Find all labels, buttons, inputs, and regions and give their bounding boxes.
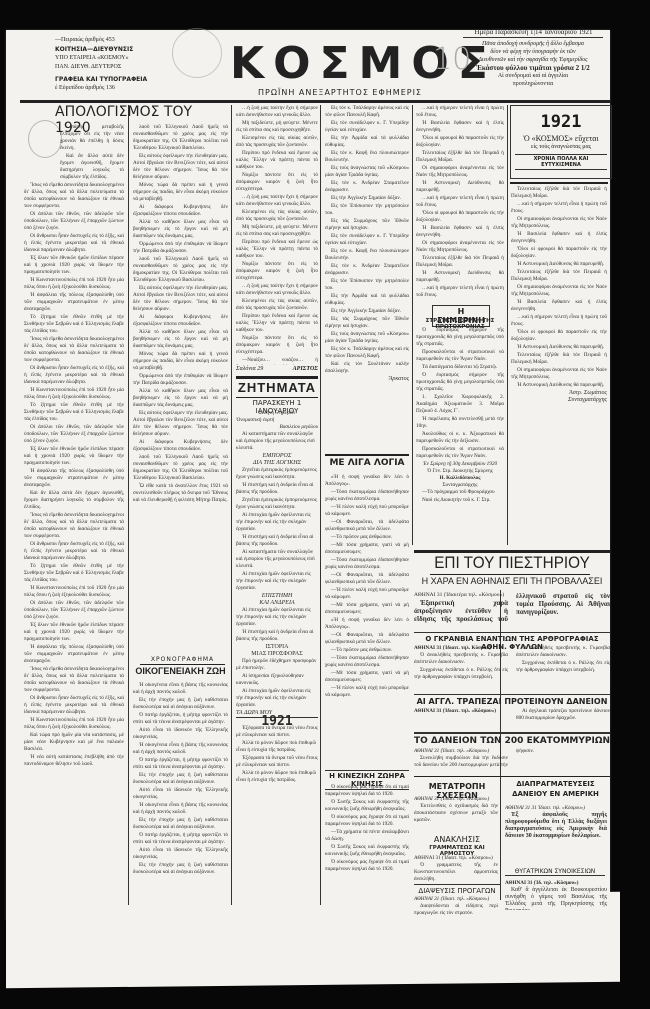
paragraph: Ἡ Βασιλεία ἔφθασεν καὶ ἡ ἐλπὶς ἀνεγεννήθ… bbox=[511, 299, 607, 313]
paragraph: —Τόσα ἐκατομμύρια ἐδαπανήθησαν χωρὶς καν… bbox=[325, 557, 409, 571]
paragraph: Τὰ διατάγματα δίδονται τῷ Στρατῷ. bbox=[416, 364, 504, 371]
dateline: ΑΘΗΝΑΙ 31 (Ἰδιαιτέρα τηλ. «Κόσμου») bbox=[414, 592, 508, 599]
paragraph: Συγχρόνως ἐκτίθεται ὁ κ. Ράλλης ὅτι εἰς … bbox=[414, 667, 508, 681]
paragraph: Καὶ εἰς τὸν Σουλτάνον καλὴν ἀπαλλαγήν. bbox=[325, 361, 409, 375]
paragraph: Οἱ ἄνθρωποι ἦσαν δυστυχεῖς εἰς τὸ ἑξῆς, … bbox=[24, 541, 124, 562]
paragraph: Αἱ καταστήματα τῶν συναλλαγῶν καὶ ἐμπορί… bbox=[236, 549, 318, 570]
paragraph: Ἡ ἀσφάλεια τῆς πόλεως ἐξασφαλίσθη ὑπὸ τῶ… bbox=[24, 644, 124, 665]
paragraph: Αἱ ἐπιτυχίαι ἡμῶν ὀφείλονται εἰς τὴν ἐπι… bbox=[236, 607, 318, 628]
byline-signature: ΑΡΙΣΤΟΣ bbox=[293, 366, 318, 372]
paragraph: Ἀλλὰ τὸ καθῆκον ὅλων μας εἶναι νὰ βοηθήσ… bbox=[133, 329, 228, 350]
dateline: ΑΘΗΝΑΙ 31 (Ἰδιαιτ. τηλ. «Κόσμου») bbox=[414, 855, 498, 862]
rule bbox=[140, 664, 225, 665]
paragraph: Εἰς τοὺς ἀναγνώστας τοῦ «Κόσμου» μίαν ἀγ… bbox=[325, 331, 409, 345]
paragraph: Οἱ σημαιοφόροι ἀναμένονται εἰς τὸν Ναὸν … bbox=[511, 216, 607, 230]
paragraph: Ἐξέφρασα τὰ ὄνειρα τοῦ νέου ἔτους μὲ εἰλ… bbox=[236, 755, 318, 769]
byline-signature: Ἀστρ. Σωμάτιος bbox=[511, 390, 607, 397]
article-body: Ἡ οἰκογένεια εἶναι ἡ βάσις τῆς κοινωνίας… bbox=[133, 682, 228, 904]
paragraph: Ἡ Κωνσταντινούπολις ἐπὶ τοῦ 1920 ἦτο μία… bbox=[24, 387, 124, 401]
paragraph: Ὁ πατὴρ ἐργάζεται, ἡ μήτηρ φροντίζει τὸ … bbox=[133, 712, 228, 726]
dateline: ΑΘΗΝΑΙ 31 (Ἰδιαιτ. τηλ. Κόσμου) bbox=[414, 645, 508, 652]
column-divider bbox=[320, 105, 321, 905]
article-headline: ΔΙΑΨΕΥΣΙΣ ΠΡΟΓΑΓΩΝ bbox=[414, 884, 500, 895]
newspaper-subtitle: ΠΡΩΪΝΗ ΑΝΕΞΑΡΤΗΤΟΣ ΕΦΗΜΕΡΙΣ bbox=[230, 88, 450, 97]
paragraph: Αὐτὸ εἶναι τὸ ἰδανικὸν τῆς Ἑλληνικῆς οἰκ… bbox=[133, 787, 228, 801]
dateline: ΑΘΗΝΑΙ 31 31 Ἰδιαιτ. τηλ. «Κόσμου») bbox=[505, 805, 607, 812]
paragraph: —Οἱ Φαναριῶται, τὰ ἀδελφάτα φιλανθρωπικὰ… bbox=[325, 632, 409, 646]
article-headline: ΔΙΑΠΡΑΓΜΑΤΕΥΣΕΙΣ bbox=[503, 780, 608, 788]
paragraph: Τελευταίως ἐξῆλθε διὰ τὸν Πειραιᾶ ἡ Πολε… bbox=[416, 255, 504, 269]
paragraph: Ἡ Βασιλεία ἔφθασεν καὶ ἡ ἐλπὶς ἀνεγεννήθ… bbox=[511, 231, 607, 245]
paragraph: Ὁ πατὴρ ἐργάζεται, ἡ μήτηρ φροντίζει τὸ … bbox=[133, 757, 228, 771]
address-line: —Πειραιώς ἀριθμὸς 453 bbox=[55, 36, 185, 45]
paragraph: Αἱ ἐπιτυχίαι ἡμῶν ὀφείλονται εἰς τὴν ἐπι… bbox=[236, 688, 318, 709]
section-kicker: ΧΡΟΝΟΓΡΑΦΗΜΑ bbox=[140, 656, 225, 663]
dateline: ΑΘΗΝΑΙ 31 (Ἰδιαιτ. τηλ. «Κόσμου») bbox=[414, 796, 498, 803]
paragraph: —Οἱ Φαναριῶται, τὰ ἀδελφάτα φιλανθρωπικὰ… bbox=[325, 519, 409, 533]
paragraph: Τελευταίως ἐξῆλθε διὰ τὸν Πειραιᾶ ἡ Πολε… bbox=[416, 150, 504, 164]
column-divider bbox=[231, 105, 232, 905]
paragraph: Οἱ σημαιοφόροι ἀναμένονται εἰς τὸν Ναὸν … bbox=[511, 284, 607, 298]
year-heading: 1921 bbox=[236, 718, 318, 725]
masthead-left-info: —Πειραιώς ἀριθμὸς 453 ΚΟΙΤΗΣΙΑ—ΔΙΕΥΘΥΝΣΙ… bbox=[55, 36, 185, 93]
article-body: …πάσης μεταβολῆς ἐλπίζομεν ὅτι εἰς τὴν ν… bbox=[24, 124, 124, 904]
paragraph: Ὅλοι οἱ φρουροὶ θὰ παραστοῦν εἰς τὴν δοξ… bbox=[416, 135, 504, 149]
paragraph: Ἡ ἐπιστήμη καὶ ἡ ἀνδρεία εἶναι αἱ βάσεις… bbox=[236, 629, 318, 643]
article-body: Εἰς τὸν κ. Τσάλδαρην ἀμέσως καὶ εἰς τὸν … bbox=[325, 105, 409, 480]
paragraph: Ἐξ ὅλων τῶν ἐθνικῶν ἡμῶν ἐλπίδων πέρασε … bbox=[24, 255, 124, 276]
article-body: Τελευταίως ἐξῆλθε διὰ τὸν Πειραιᾶ ἡ Πολε… bbox=[511, 186, 607, 546]
paragraph: Κλεισμένοι εἰς τὰς οἰκίας αὐτῶν, ἀπὸ τὰς… bbox=[236, 209, 318, 223]
section-headline: ΖΗΤΗΜΑΤΑ bbox=[236, 380, 318, 395]
paragraph: —Οἱ Φαναριῶται, τὰ ἀδελφάτα φιλανθρωπικὰ… bbox=[325, 572, 409, 586]
paragraph: Οἱ σημαιοφόροι ἀναμένονται εἰς τὸν Ναὸν … bbox=[416, 240, 504, 254]
paragraph: …καὶ ἡ σήμερον τελετὴ εἶναι ἡ πρώτη τοῦ … bbox=[511, 201, 607, 215]
paragraph: Ἐξ ὅλων τῶν ἐθνικῶν ἡμῶν ἐλπίδων πέρασε … bbox=[24, 622, 124, 643]
paragraph: —Μὲ τόσα χρήματα, γιατί νὰ μὴ ἀποταμιεύσ… bbox=[325, 602, 409, 616]
paragraph: Εἰς αὐτοὺς ὀφείλομεν τὴν ἐλευθερίαν μας.… bbox=[133, 153, 228, 181]
paragraph: Εἰς τὸν κ. Ἀνδρέαν Σταματέλον ἀνάρρωσιν. bbox=[325, 263, 409, 277]
paragraph: —Ἡ πλέον καλὴ εὐχὴ ποὺ μποροῦμε νὰ κάμωμ… bbox=[325, 685, 409, 699]
text-line: Ὁ Γεν. Στρ. Διοικητὴς Σμύρνης bbox=[416, 468, 504, 475]
paragraph: Ἐξ ἀσφαλοῦς πηγῆς πληροφορούμεθα ὅτι ἡ Ἑ… bbox=[505, 812, 607, 840]
paragraph: Εἰς τὴν Ἀρμίδα καὶ τὰ φυλλάδια εὐθυμίας. bbox=[325, 135, 409, 149]
masthead-rule bbox=[20, 100, 610, 103]
info-line: Αἱ συνδρομαὶ καὶ αἱ ἀγγελίαι bbox=[463, 72, 603, 80]
paragraph: Εἰς τὰς Συμμάχους τῶν Ἐθνῶν εἰρήνην καὶ … bbox=[325, 218, 409, 232]
dateline: ΑΘΗΝΑΙ 31 (Ἰδιαιτ. τηλ. «Κόσμου») bbox=[414, 896, 498, 903]
info-line: ΚΟΙΤΗΣΙΑ—ΔΙΕΥΘΥΝΣΙΣ bbox=[55, 45, 185, 54]
paragraph: Ἡ Αστυνομικὴ Διεύθυνσις θὰ παρευρεθῇ. bbox=[416, 270, 504, 284]
article-headline: ΤΟ ΔΑΝΕΙΟΝ ΤΩΝ 200 ΕΚΑΤΟΜΜΥΡΙΩΝ bbox=[414, 732, 610, 746]
article-body: ΑΘΗΝΑΙ 31 (Ἰδιαιτέρα τηλ. «Κόσμου») Ἐξαι… bbox=[414, 592, 610, 632]
paragraph: Ἡ Βασιλεία ἔφθασεν καὶ ἡ ἐλπὶς ἀνεγεννήθ… bbox=[416, 225, 504, 239]
paragraph: Περίπου πρὸ ἕνδεκα καὶ ἔμεινε ὡς καλὸς Ἕ… bbox=[236, 239, 318, 260]
dateline: ΑΘΗΝΑΙ 31 (Ἰδ. τηλ. «Κόσμου») bbox=[505, 880, 607, 887]
newspaper-title: ΚΟΣΜΟΣ bbox=[230, 38, 450, 89]
article-headline: ΟΙΚΟΓΕΝΕΙΑΚΗ ΖΩΗ bbox=[133, 666, 228, 676]
paragraph: λαοῦ τοῦ Ἑλληνικοῦ Λαοῦ ἡμεῖς νὰ συναισθ… bbox=[133, 454, 228, 482]
paragraph: Οἱ ἀπόλοι τῶν ἐθνῶν, τῶν ἀδελφῶν τῶν ὑπο… bbox=[24, 424, 124, 445]
paragraph: Ὁ οἰκονόμος μας ἔγραψε ὅτι αἱ τιμαὶ παρα… bbox=[325, 814, 409, 828]
info-line: δέον νὰ φέρῃ τὴν ὑπογραφὴν ἐκ τῶν bbox=[463, 48, 603, 56]
paragraph: Τὸ ζήτημα τῶν ἐθνῶν ἐτέθη μὲ τὴν Συνθήκη… bbox=[24, 402, 124, 423]
article-headline: ΕΠΙ ΤΟΥ ΠΙΕΣΤΗΡΙΟΥ bbox=[424, 553, 600, 573]
rule bbox=[236, 397, 318, 398]
paragraph: Ἐξέφρασα τὰ ὄνειρα τοῦ νέου ἔτους μὲ εἰλ… bbox=[236, 725, 318, 739]
paragraph: …καὶ ἡ σήμερον τελετὴ εἶναι ἡ πρώτη τοῦ … bbox=[416, 105, 504, 119]
paragraph: Μόνος τώρα δὰ πρέπει καὶ ἡ γενεὰ σήμερον… bbox=[133, 351, 228, 372]
paragraph: Ἡ οἰκογένεια εἶναι ἡ βάσις τῆς κοινωνίας… bbox=[133, 802, 228, 816]
paragraph: Εἰς τὴν ἐποχὴν μας ἡ ζωὴ καθίσταται δυσκ… bbox=[133, 772, 228, 786]
paragraph: Ἡ ἀσφάλεια τῆς πόλεως ἐξασφαλίσθη ὑπὸ τῶ… bbox=[24, 468, 124, 489]
paragraph: Μὴ ταξιδεύετε, μὴ φεύγετε. Μένετε εἰς τὰ… bbox=[236, 120, 318, 134]
paragraph: …πάσης μεταβολῆς ἐλπίζομεν ὅτι εἰς τὴν ν… bbox=[24, 124, 124, 152]
paragraph: Συγχρόνως ἐκτίθεται ὁ κ. Ράλλης ὅτι εἰς … bbox=[516, 660, 610, 674]
text-line: Συνταγματάρχης bbox=[416, 482, 504, 489]
paragraph: …ἡ ζωὴ μας ταύτην ἔχει ἡ σήμερον κάτι ἀσ… bbox=[236, 105, 318, 119]
paragraph: Εἰς τὸν Ἐπίσκοπον τὴν μητρόπολιν του. bbox=[325, 203, 409, 217]
paragraph: Ὁ ἐορτασμὸς σήμερον τῆς πρωτοχρονιᾶς θὰ … bbox=[416, 372, 504, 393]
article-body-continued: λαοῦ τοῦ Ἑλληνικοῦ Λαοῦ ἡμεῖς νὰ συναισθ… bbox=[133, 124, 228, 649]
byline-title: Συνταγματάρχης bbox=[511, 397, 607, 404]
paragraph: Οἱ ἀπόλοι τῶν ἐθνῶν, τῶν ἀδελφῶν τῶν ὑπο… bbox=[24, 211, 124, 232]
paragraph: Αἱ διάφοροι Κυβερνήσεις δὲν ἐξασφαλίζουν… bbox=[133, 204, 228, 218]
article-body: …καὶ ἡ σήμερον τελετὴ εἶναι ἡ πρώτη τοῦ … bbox=[416, 105, 504, 300]
paragraph: Ἴσως νὰ εἴμεθα ἀσυνείδητα δικαιολογημένο… bbox=[24, 512, 124, 540]
paragraph: Ἀλλὰ τὸ καθῆκον ὅλων μας εἶναι νὰ βοηθήσ… bbox=[133, 219, 228, 240]
paragraph: Εἰς τὴν Ἀρμίδα καὶ τὰ φυλλάδια εὐθυμίας. bbox=[325, 293, 409, 307]
paragraph: λαοῦ τοῦ Ἑλληνικοῦ Λαοῦ ἡμεῖς νὰ συναισθ… bbox=[133, 256, 228, 284]
subheading: ΕΠΙΣΤΗΜΗ bbox=[236, 593, 318, 600]
article-headline: ΑΝΑΚΛΗΣΙΣ bbox=[414, 835, 500, 844]
paragraph: Κλεισμένοι εἰς τὰς οἰκίας αὐτῶν, ἀπὸ τὰς… bbox=[236, 298, 318, 312]
paragraph: Ἀλλὰ τὸ μόνον δῶρον ποὺ ἐπιθυμῶ εἶναι ἡ … bbox=[236, 770, 318, 784]
paragraph: Ἴσως νὰ εἴμεθα ἀσυνείδητα δικαιολογημένο… bbox=[24, 666, 124, 694]
paragraph: —Νοιάζου… νοιάζου… ἡ δημιουργία ἔχει κάτ… bbox=[236, 357, 318, 365]
column-divider bbox=[412, 105, 413, 545]
paragraph: Εἰς τὸν κ. Τσάλδαρην ἀμέσως καὶ εἰς τὸν … bbox=[325, 105, 409, 119]
article-body: ΑΘΗΝΑΙ 31 31 Ἰδιαιτ. τηλ. «Κόσμου») Ἐξ ἀ… bbox=[505, 805, 607, 847]
article-body: ΑΘΗΝΑΙ 31 (Ἰδ. τηλ. «Κόσμου») Καθ' ἃ ἀγγ… bbox=[505, 880, 607, 910]
paragraph: Εἰς αὐτοὺς ὀφείλομεν τὴν ἐλευθερίαν μας.… bbox=[133, 410, 228, 438]
article-headline: ΑΙ ΑΓΓΛ. ΤΡΑΠΕΖΑΙ ΠΡΟΤΕΙΝΟΥΝ ΔΑΝΕΙΟΝ bbox=[414, 694, 610, 706]
paragraph: Καθ' ἃ ἀγγέλλεται ἐκ Βουκουρεστίου συνήφ… bbox=[505, 887, 607, 910]
paragraph: Ἡ παρέλασις θὰ συντελεσθῇ μετὰ τὴν 10ην. bbox=[416, 416, 504, 430]
text-line: Βασιλείου μεγάλου bbox=[236, 424, 318, 431]
article-body: Ὁ ἐορτασμὸς σήμερον τῆς πρωτοχρονιᾶς θὰ … bbox=[416, 327, 504, 547]
article-body: ΑΘΗΝΑΙ 31 (Ἰδιαιτ. τηλ. «Κόσμου») Διαψεύ… bbox=[414, 896, 498, 918]
article-body: ΑΘΗΝΑΙ 31 (Ἰδιαιτ. τηλ. «Κόσμου») Αἱ ἀγγ… bbox=[414, 708, 610, 730]
paragraph: Ζητεῖται ἐμπειρικὸς ἐμπορευόμενος ἔχων γ… bbox=[236, 467, 318, 481]
paragraph: —Μὲ τόσα χρήματα, γιατί νὰ μὴ ἀποταμιεύσ… bbox=[325, 670, 409, 684]
paragraph: Νομίζω πάντοτε ὅτι εἰς τὸ ἀπόμακρον καιρ… bbox=[236, 172, 318, 193]
paragraph: Αὐτὸ εἶναι τὸ ἰδανικὸν τῆς Ἑλληνικῆς οἰκ… bbox=[133, 727, 228, 741]
article-headline: ΜΕ ΛΙΓΑ ΛΟΓΙΑ bbox=[325, 458, 409, 468]
paragraph: —Τὸ πρῶτον μας ἀνθρώπων. bbox=[325, 647, 409, 654]
paragraph: Ὁ Σωτῆς Σοκος καὶ ἐκφραστὴς τῆς κοινωνικ… bbox=[325, 844, 409, 858]
paragraph: Προσκαλοῦνται οἱ στρατιωτικοὶ νὰ παρευρε… bbox=[416, 446, 504, 460]
paragraph: …καὶ ἡ σήμερον τελετὴ εἶναι ἡ πρώτη τοῦ … bbox=[416, 285, 504, 299]
paragraph: Τὸ ζήτημα τῶν ἐθνῶν ἐτέθη μὲ τὴν Συνθήκη… bbox=[24, 563, 124, 584]
paragraph: Πρὸ ἡμερῶν ἐδέχθημεν προσφορὰν μὲ ἐπιστο… bbox=[236, 658, 318, 672]
paragraph: …καὶ ἡ σήμερον τελετὴ εἶναι ἡ πρώτη τοῦ … bbox=[416, 195, 504, 209]
paragraph: …ἡ ζωὴ μας ταύτην ἔχει ἡ σήμερον κάτι ἀσ… bbox=[236, 283, 318, 297]
paragraph: Ἡ Βασιλεία ἔφθασεν καὶ ἡ ἐλπὶς ἀνεγεννήθ… bbox=[416, 120, 504, 134]
greeting-line: ΧΡΟΝΙΑ ΠΟΛΛΑ ΚΑΙ ΕΥΤΥΧΙΣΜΕΝΑ bbox=[515, 154, 607, 170]
info-line: προπληρώνονται bbox=[463, 80, 603, 88]
greeting-line: εἰς τοὺς ἀναγνώστας μας bbox=[511, 144, 611, 150]
paragraph: Ἴσως νὰ εἴμεθα ἀσυνείδητα δικαιολογημένο… bbox=[24, 336, 124, 364]
dateline: ΑΘΗΝΑΙ 31 (Ἰδιαιτ. τηλ. «Κόσμου») bbox=[414, 748, 508, 755]
column-divider bbox=[507, 105, 508, 545]
paragraph: Προσκαλοῦνται οἱ στρατιωτικοὶ νὰ παρευρε… bbox=[416, 349, 504, 363]
paragraph: Ἡ Κωνσταντινούπολις ἐπὶ τοῦ 1920 ἦτο μία… bbox=[24, 585, 124, 599]
paragraph: Οἱ σημαιοφόροι ἀναμένονται εἰς τὸν Ναὸν … bbox=[416, 165, 504, 179]
paragraph: Ἡ Αστυνομικὴ Διεύθυνσις θὰ παρευρεθῇ. bbox=[416, 180, 504, 194]
paragraph: Ἡ Αστυνομικὴ Διεύθυνσις θὰ παρευρεθῇ. bbox=[511, 344, 607, 351]
paragraph: …ἡ ζωὴ μας ταύτην ἔχει ἡ σήμερον κάτι ἀσ… bbox=[236, 194, 318, 208]
paragraph: Ὁ οἰκονόμος μας ἔγραψε ὅτι αἱ τιμαὶ παρα… bbox=[325, 859, 409, 873]
paragraph: Καὶ τώρα πρὸ ἡμῶν μία νέα κατάστασις, μὲ… bbox=[24, 732, 124, 753]
paragraph: Ἡ ἐπιστήμη καὶ ἡ ἀνδρεία εἶναι αἱ βάσεις… bbox=[236, 534, 318, 548]
paragraph: Εἰς τὸν κ. Καφῆ ἕνα πλουσιώτερον Βουλευτ… bbox=[325, 150, 409, 164]
info-line: Διευθυντῶν καὶ τὴν σφραγῖδα τῆς Ἐφημερίδ… bbox=[463, 56, 603, 64]
paragraph: «Ἡ ἡ σοφὴ γυναῖκα δὲν λέει ὁ Ἀπόλογος». bbox=[325, 617, 409, 631]
paragraph: Εἰς τὸν Ἐπίσκοπον τὴν μητρόπολιν του. bbox=[325, 278, 409, 292]
text-line: Η. Καλλιδόπουλος bbox=[416, 475, 504, 482]
paragraph: Εἰς τὴν Ἀγγλικὴν Σημαίαν δόξαν. bbox=[325, 308, 409, 315]
article-headline: ΔΑΝΕΙΟΥ ΕΝ ΑΜΕΡΙΚΗ bbox=[503, 790, 608, 798]
paragraph: «Ἡ ἡ σοφὴ γυναῖκα δὲν λέει ὁ Ἀπόλογος». bbox=[325, 474, 409, 488]
subheading: ΔΙΑ ΤΗΣ ΛΟΓΙΚΗΣ bbox=[236, 460, 318, 467]
paragraph: Ὁρμώμενοι ἀπὸ τὴν ἐπιθυμίαν νὰ ἴδωμεν τὴ… bbox=[133, 241, 228, 255]
paragraph: Εἰς τὴν ἐποχὴν μας ἡ ζωὴ καθίσταται δυσκ… bbox=[133, 817, 228, 831]
text-line: Σελήνη 5 ἡμερῶν bbox=[236, 410, 318, 417]
paragraph: —Τὸ πρόγραμμα τοῦ Φρουράρχου bbox=[416, 489, 504, 496]
dateline: ΑΘΗΝΑΙ 31 (Ἰδιαιτ. τηλ. «Κόσμου») bbox=[414, 708, 508, 715]
paragraph: Εἰς τὸν συνάδελφον κ. Γ. Υπερίδην ὑγείαν… bbox=[325, 120, 409, 134]
paragraph: Ἡ ἀσφάλεια τῆς πόλεως ἐξασφαλίσθη ὑπὸ τῶ… bbox=[24, 292, 124, 313]
paragraph: Ὅλοι οἱ φρουροὶ θὰ παραστοῦν εἰς τὴν δοξ… bbox=[416, 210, 504, 224]
text-line: Ἐν Σμύρνῃ τῇ 30ῃ Δεκεμβρίου 1920 bbox=[416, 461, 504, 468]
article-subhead: Η ΧΑΡΑ ΕΝ ΑΘΗΝΑΙΣ ΕΠΙ ΤΗ ΠΡΟΒΑΛΑΣΕΙ bbox=[414, 576, 610, 586]
paragraph: Εἰς τὸν κ. Καφῆ ἕνα πλουσιώτερον Βουλευτ… bbox=[325, 248, 409, 262]
article-body: ΑΘΗΝΑΙ 31 (Ἰδιαιτ. τηλ. «Κόσμου») Ὁ γραμ… bbox=[414, 855, 498, 883]
paragraph: Εἰς τὰς Συμμάχους τῶν Ἐθνῶν εἰρήνην καὶ … bbox=[325, 316, 409, 330]
info-line: Πᾶσα ἀποδοχὴ συνδρομῆς ἢ ἄλλο ἔμβασμα bbox=[463, 40, 603, 48]
byline-signature: Ἄρκατος bbox=[325, 376, 409, 383]
paragraph: Ἡ οἰκογένεια εἶναι ἡ βάσις τῆς κοινωνίας… bbox=[133, 742, 228, 756]
paragraph: Κλεισμένοι εἰς τὰς οἰκίας αὐτῶν, ἀπὸ τὰς… bbox=[236, 135, 318, 149]
article-body: ΑΘΗΝΑΙ 31 (Ἰδιαιτ. τηλ. «Κόσμου») Συνεκλ… bbox=[414, 748, 610, 774]
paragraph: Αὐτὸ εἶναι τὸ ἰδανικὸν τῆς Ἑλληνικῆς οἰκ… bbox=[133, 847, 228, 861]
paragraph: Ὁ γραμματεὺς τῆς ἐν Κωνσταντινουπόλει ἀρ… bbox=[414, 862, 498, 883]
paragraph: Εἰς τὸν κ. Ἀνδρέαν Σταματέλον ἀνάρρωσιν. bbox=[325, 180, 409, 194]
info-line: ΥΠΟ ΕΤΑΙΡΕΙΑ «ΚΟΣΜΟΥ» bbox=[55, 54, 185, 63]
paragraph: Ὁ οἰκονόμος μας ἔγραψε ὅτι αἱ τιμαὶ παρα… bbox=[325, 784, 409, 798]
paragraph: —Μὲ τόσα χρήματα, γιατί νὰ μὴ ἀποταμιεύσ… bbox=[325, 542, 409, 556]
paragraph: Ἡ Αστυνομικὴ Διεύθυνσις θὰ παρευρεθῇ. bbox=[511, 261, 607, 268]
paragraph: Οἱ ἄνθρωποι ἦσαν δυστυχεῖς εἰς τὸ ἑξῆς, … bbox=[24, 233, 124, 254]
paragraph: 1. Σχολεῖον Χωροφυλακῆς 2. Ἀκαδημία Ἀξιω… bbox=[416, 394, 504, 415]
paragraph: Αἱ καταστήματα τῶν συναλλαγῶν καὶ ἐμπορί… bbox=[236, 431, 318, 452]
issue-price: Ἑκάστου φύλλου τιμᾶται γρόσια 2 1/2 bbox=[463, 64, 603, 72]
paragraph: Οἱ ἀπόλοι τῶν ἐθνῶν, τῶν ἀδελφῶν τῶν ὑπο… bbox=[24, 600, 124, 621]
paragraph: Οἱ ἄνθρωποι ἦσαν δυστυχεῖς εἰς τὸ ἑξῆς, … bbox=[24, 365, 124, 386]
paragraph: Ἀλλὰ τὸ μόνον δῶρον ποὺ ἐπιθυμῶ εἶναι ἡ … bbox=[236, 740, 318, 754]
article-body: Ὁ οἰκονόμος μας ἔγραψε ὅτι αἱ τιμαὶ παρα… bbox=[325, 784, 409, 904]
article-body: ΑΘΗΝΑΙ 31 (Ἰδιαιτ. τηλ. «Κόσμου») Ἐκτελε… bbox=[414, 796, 498, 822]
rule bbox=[414, 776, 610, 777]
paragraph: Εἰς τοὺς ἀναγνώστας τοῦ «Κόσμου» μίαν ἀγ… bbox=[325, 165, 409, 179]
paragraph: Ἐξ ὅλων τῶν ἐθνικῶν ἡμῶν ἐλπίδων πέρασε … bbox=[24, 446, 124, 467]
paragraph: Μόνος τώρα δὰ πρέπει καὶ ἡ γενεὰ σήμερον… bbox=[133, 182, 228, 203]
paragraph: Οἱ σημαιοφόροι ἀναμένονται εἰς τὸν Ναὸν … bbox=[511, 367, 607, 381]
paragraph: Ἡ οἰκογένεια εἶναι ἡ βάσις τῆς κοινωνίας… bbox=[133, 682, 228, 696]
info-line: ἐ Εὐριπίδου ἀριθμὸς 136 bbox=[55, 84, 185, 93]
paragraph: Τελευταίως ἐξῆλθε διὰ τὸν Πειραιᾶ ἡ Πολε… bbox=[511, 352, 607, 366]
text-line: Ὀνομαστικὴ ἑορτὴ bbox=[236, 417, 318, 424]
paragraph: …καὶ ἡ σήμερον τελετὴ εἶναι ἡ πρώτη τοῦ … bbox=[511, 314, 607, 328]
paragraph: Αἱ διάφοροι Κυβερνήσεις δὲν ἐξασφαλίζουν… bbox=[133, 439, 228, 453]
article-headline: ΘΥΓΑΤΡΙΚΩΝ ΣΥΝΟΙΚΕΣΙΩΝ bbox=[505, 868, 605, 876]
paragraph: Ἡ Αστυνομικὴ Διεύθυνσις θὰ παρευρεθῇ. bbox=[511, 382, 607, 389]
paragraph: —Ἡ πλέον καλὴ εὐχὴ ποὺ μποροῦμε νὰ κάμωμ… bbox=[325, 504, 409, 518]
paragraph: Καὶ ἂν ἄλλα αὐτὰ δὲν ἔχομεν ἀγωνισθῆ, ἔχ… bbox=[24, 490, 124, 511]
masthead-right-info: Ἡμέρα Παρασκευὴ 1|14 Ἰανουαρίου 1921 Πᾶσ… bbox=[463, 28, 603, 88]
paragraph: Αἱ ἀγγλικαὶ τράπεζαι προτείνουν δάνειον … bbox=[516, 708, 610, 722]
paragraph: Εἰς τὴν ἐποχὴν μας ἡ ζωὴ καθίσταται δυσκ… bbox=[133, 862, 228, 876]
rule bbox=[325, 454, 409, 456]
article-body: …ἡ ζωὴ μας ταύτην ἔχει ἡ σήμερον κάτι ἀσ… bbox=[236, 105, 318, 365]
paragraph: Ὁρμώμενοι ἀπὸ τὴν ἐπιθυμίαν νὰ ἴδωμεν τὴ… bbox=[133, 373, 228, 387]
paragraph: Ἡ ἐπιστήμη καὶ ἡ ἀνδρεία εἶναι αἱ βάσεις… bbox=[236, 482, 318, 496]
paragraph: λαοῦ τοῦ Ἑλληνικοῦ Λαοῦ ἡμεῖς νὰ συναισθ… bbox=[133, 124, 228, 152]
paragraph: Μὴ ταξιδεύετε, μὴ φεύγετε. Μένετε εἰς τὰ… bbox=[236, 224, 318, 238]
info-line: ΓΡΑΦΕΙΑ ΚΑΙ ΤΥΠΟΓΡΑΦΕΙΑ bbox=[55, 75, 185, 84]
paragraph: Ἡ Κωνσταντινούπολις ἐπὶ τοῦ 1920 ἦτο μία… bbox=[24, 277, 124, 291]
byline-place: Σαλόνια 29 bbox=[236, 366, 263, 372]
byline: Σαλόνια 29 ΑΡΙΣΤΟΣ bbox=[236, 366, 318, 372]
paragraph: Τελευταίως ἐξῆλθε διὰ τὸν Πειραιᾶ ἡ Πολε… bbox=[511, 186, 607, 200]
paragraph: Περίπου πρὸ ἕνδεκα καὶ ἔμεινε ὡς καλὸς Ἕ… bbox=[236, 313, 318, 334]
paragraph: Ἡ νέα αὐτὴ κατάστασις ἐπεβλήθη ἀπὸ τὴν π… bbox=[24, 754, 124, 768]
paragraph: —Τὰ χρήματα τὰ πέντε ἀναλαμβάνει νὰ δώσῃ… bbox=[325, 829, 409, 843]
article-body: ΑΘΗΝΑΙ 31 (Ἰδιαιτ. τηλ. Κόσμου) Ὁ ἀνακλή… bbox=[414, 645, 610, 693]
paragraph: Εἰς τὴν Ἀγγλικὴν Σημαίαν δόξαν. bbox=[325, 195, 409, 202]
column-divider bbox=[128, 105, 129, 905]
paragraph: Τὸ ζήτημα τῶν ἐθνῶν ἐτέθη μὲ τὴν Συνθήκη… bbox=[24, 314, 124, 335]
paragraph: —Τόσα ἐκατομμύρια ἐδαπανήθησαν χωρὶς καν… bbox=[325, 655, 409, 669]
article-body: Σελήνη 5 ἡμερῶν Ὀνομαστικὴ ἑορτὴ Βασιλεί… bbox=[236, 410, 318, 905]
paragraph: Ἴσως νὰ εἴμεθα ἀσυνείδητα δικαιολογημένο… bbox=[24, 182, 124, 210]
paragraph: Ὦ εἴθε κατὰ τὸ ἀνατέλλον ἔτος 1921 νὰ συ… bbox=[133, 483, 228, 504]
paragraph: Ναοὶ εἰς Διοικητὴν τοῦ κ. Γ. Στρ. bbox=[416, 497, 504, 504]
subheading: ΕΜΠΟΡΟΣ bbox=[236, 453, 318, 460]
paragraph: Αἱ διάφοροι Κυβερνήσεις δὲν ἐξασφαλίζουν… bbox=[133, 314, 228, 328]
paragraph: Τελευταίως ἐξῆλθε διὰ τὸν Πειραιᾶ ἡ Πολε… bbox=[511, 269, 607, 283]
article-body: «Ἡ ἡ σοφὴ γυναῖκα δὲν λέει ὁ Ἀπόλογος». … bbox=[325, 474, 409, 714]
paragraph: —Ἡ πλέον καλὴ εὐχὴ ποὺ μποροῦμε νὰ κάμωμ… bbox=[325, 587, 409, 601]
paragraph: Οἱ ἄνθρωποι ἦσαν δυστυχεῖς εἰς τὸ ἑξῆς, … bbox=[24, 695, 124, 716]
paragraph: Νομίζω πάντοτε ὅτι εἰς τὸ ἀπόμακρον καιρ… bbox=[236, 335, 318, 356]
paragraph: Ὁ ἀνακλήθεὶς πρεσβευτὴς κ. Γκρανβία ἀπέσ… bbox=[516, 645, 610, 659]
paragraph: Ὁ ἐορτασμὸς σήμερον τῆς πρωτοχρονιᾶς θὰ … bbox=[416, 327, 504, 348]
issue-date: Ἡμέρα Παρασκευὴ 1|14 Ἰανουαρίου 1921 bbox=[463, 28, 603, 38]
rule bbox=[510, 182, 608, 184]
paragraph: Αἱ ἐπιτυχίαι ἡμῶν ὀφείλονται εἰς τὴν ἐπι… bbox=[236, 512, 318, 533]
paragraph: Εἰς τὸν κ. Τσάλδαρην ἀμέσως καὶ εἰς τὸν … bbox=[325, 346, 409, 360]
paragraph: Εἰς τὸν συνάδελφον κ. Γ. Υπερίδην ὑγείαν… bbox=[325, 233, 409, 247]
paragraph: Εἰς τὴν ἐποχὴν μας ἡ ζωὴ καθίσταται δυσκ… bbox=[133, 697, 228, 711]
paragraph: Ὁ ἀνακλήθεὶς πρεσβευτὴς κ. Γκρανβία ἀπέσ… bbox=[414, 652, 508, 666]
new-year-greeting-box: 1921 Ὁ «ΚΟΣΜΟΣ» εὔχεται εἰς τοὺς ἀναγνώσ… bbox=[510, 105, 612, 179]
paragraph: —Τόσα ἐκατομμύρια ἐδαπανήθησαν χωρὶς καν… bbox=[325, 489, 409, 503]
paragraph: Ζητεῖται ἐμπειρικὸς ἐμπορευόμενος ἔχων γ… bbox=[236, 497, 318, 511]
paragraph: Καὶ ἂν ἄλλα αὐτὰ δὲν ἔχομεν ἀγωνισθῆ, ἔχ… bbox=[24, 153, 124, 181]
greeting-year: 1921 bbox=[511, 112, 611, 132]
info-line: ΠΑΝ. ΔΙΕΥΘ. ΔΕΥΤΕΡΟΣ bbox=[55, 63, 185, 72]
paragraph: Ὁ Σωτῆς Σοκος καὶ ἐκφραστὴς τῆς κοινωνικ… bbox=[325, 799, 409, 813]
paragraph: —Τὸ πρῶτον μας ἀνθρώπων. bbox=[325, 534, 409, 541]
subheading: ΙΣΤΟΡΙΑ bbox=[236, 644, 318, 651]
subheading: ΜΙΑΣ ΠΡΟΣΦΟΡΑΣ bbox=[236, 651, 318, 658]
paragraph: Ὅλοι οἱ φρουροὶ θὰ παραστοῦν εἰς τὴν δοξ… bbox=[511, 246, 607, 260]
subheading: ΚΑΙ ΑΝΔΡΕΙΑ bbox=[236, 600, 318, 607]
rule bbox=[236, 376, 318, 379]
paragraph: Ἐκτελεσθεὶς ὁ σχεδιασμὸς διὰ τὴν ἀποκατά… bbox=[414, 803, 498, 822]
paragraph: Διαψεύδονται αἱ εἰδήσεις περὶ προαγωγῶν … bbox=[414, 903, 498, 917]
paragraph: Αἱ ἐπιτυχίαι ἡμῶν ὀφείλονται εἰς τὴν ἐπι… bbox=[236, 571, 318, 592]
paragraph: Ὁ πατὴρ ἐργάζεται, ἡ μήτηρ φροντίζει τὸ … bbox=[133, 832, 228, 846]
paragraph: Ἀκολούθως οἱ κ. κ. Ἀξιωματικοὶ θὰ παρευρ… bbox=[416, 431, 504, 445]
paragraph: Ἡ Κωνσταντινούπολις ἐπὶ τοῦ 1920 ἦτο μία… bbox=[24, 717, 124, 731]
paragraph: Εἰς αὐτοὺς ὀφείλομεν τὴν ἐλευθερίαν μας.… bbox=[133, 285, 228, 313]
greeting-line: Ὁ «ΚΟΣΜΟΣ» εὔχεται bbox=[511, 134, 611, 143]
paragraph: Ἀλλὰ τὸ καθῆκον ὅλων μας εἶναι νὰ βοηθήσ… bbox=[133, 388, 228, 409]
paragraph: Ὅλοι οἱ φρουροὶ θὰ παραστοῦν εἰς τὴν δοξ… bbox=[511, 329, 607, 343]
rule bbox=[430, 574, 590, 575]
paragraph: Περίπου πρὸ ἕνδεκα καὶ ἔμεινε ὡς καλὸς Ἕ… bbox=[236, 150, 318, 171]
paragraph: Αἱ ὑπηρεσίαι ἐξηκολούθησαν κανονικῶς. bbox=[236, 673, 318, 687]
paragraph: Νομίζω πάντοτε ὅτι εἰς τὸ ἀπόμακρον καιρ… bbox=[236, 261, 318, 282]
